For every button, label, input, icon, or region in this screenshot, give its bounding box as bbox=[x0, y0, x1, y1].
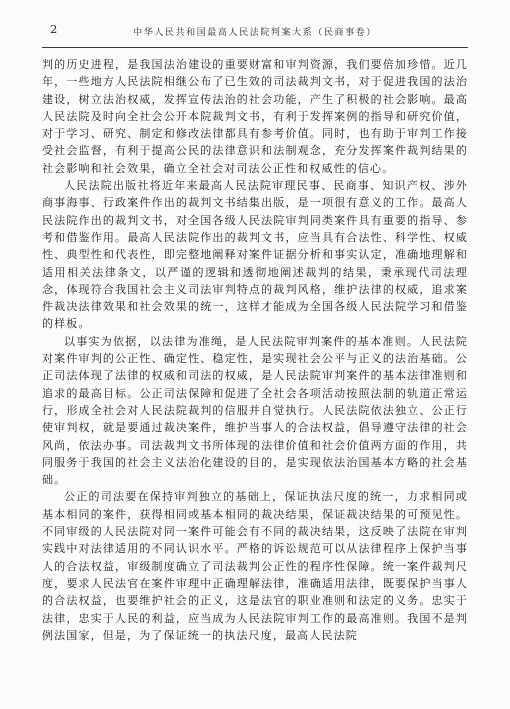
paragraph-4: 公正的司法要在保持审判独立的基础上，保证执法尺度的统一，力求相同或基本相同的案件… bbox=[42, 488, 468, 644]
body-text: 判的历史进程，是我国法治建设的重要财富和审判资源，我们要倍加珍惜。近几年，一些地… bbox=[42, 56, 468, 709]
paragraph-1: 判的历史进程，是我国法治建设的重要财富和审判资源，我们要倍加珍惜。近几年，一些地… bbox=[42, 56, 468, 177]
running-head-title: 中华人民共和国最高人民法院判案大系（民商事卷） bbox=[42, 22, 468, 38]
page-number: 2 bbox=[50, 22, 57, 36]
header-rule bbox=[42, 47, 468, 48]
paragraph-3: 以事实为依据，以法律为准绳，是人民法院审判案件的基本准则。人民法院对案件审判的公… bbox=[42, 333, 468, 489]
page-header: 2 中华人民共和国最高人民法院判案大系（民商事卷） bbox=[42, 22, 468, 40]
document-page: 2 中华人民共和国最高人民法院判案大系（民商事卷） 判的历史进程，是我国法治建设… bbox=[0, 0, 510, 709]
paragraph-2: 人民法院出版社将近年来最高人民法院审理民事、民商事、知识产权、涉外商事海事、行政… bbox=[42, 177, 468, 333]
